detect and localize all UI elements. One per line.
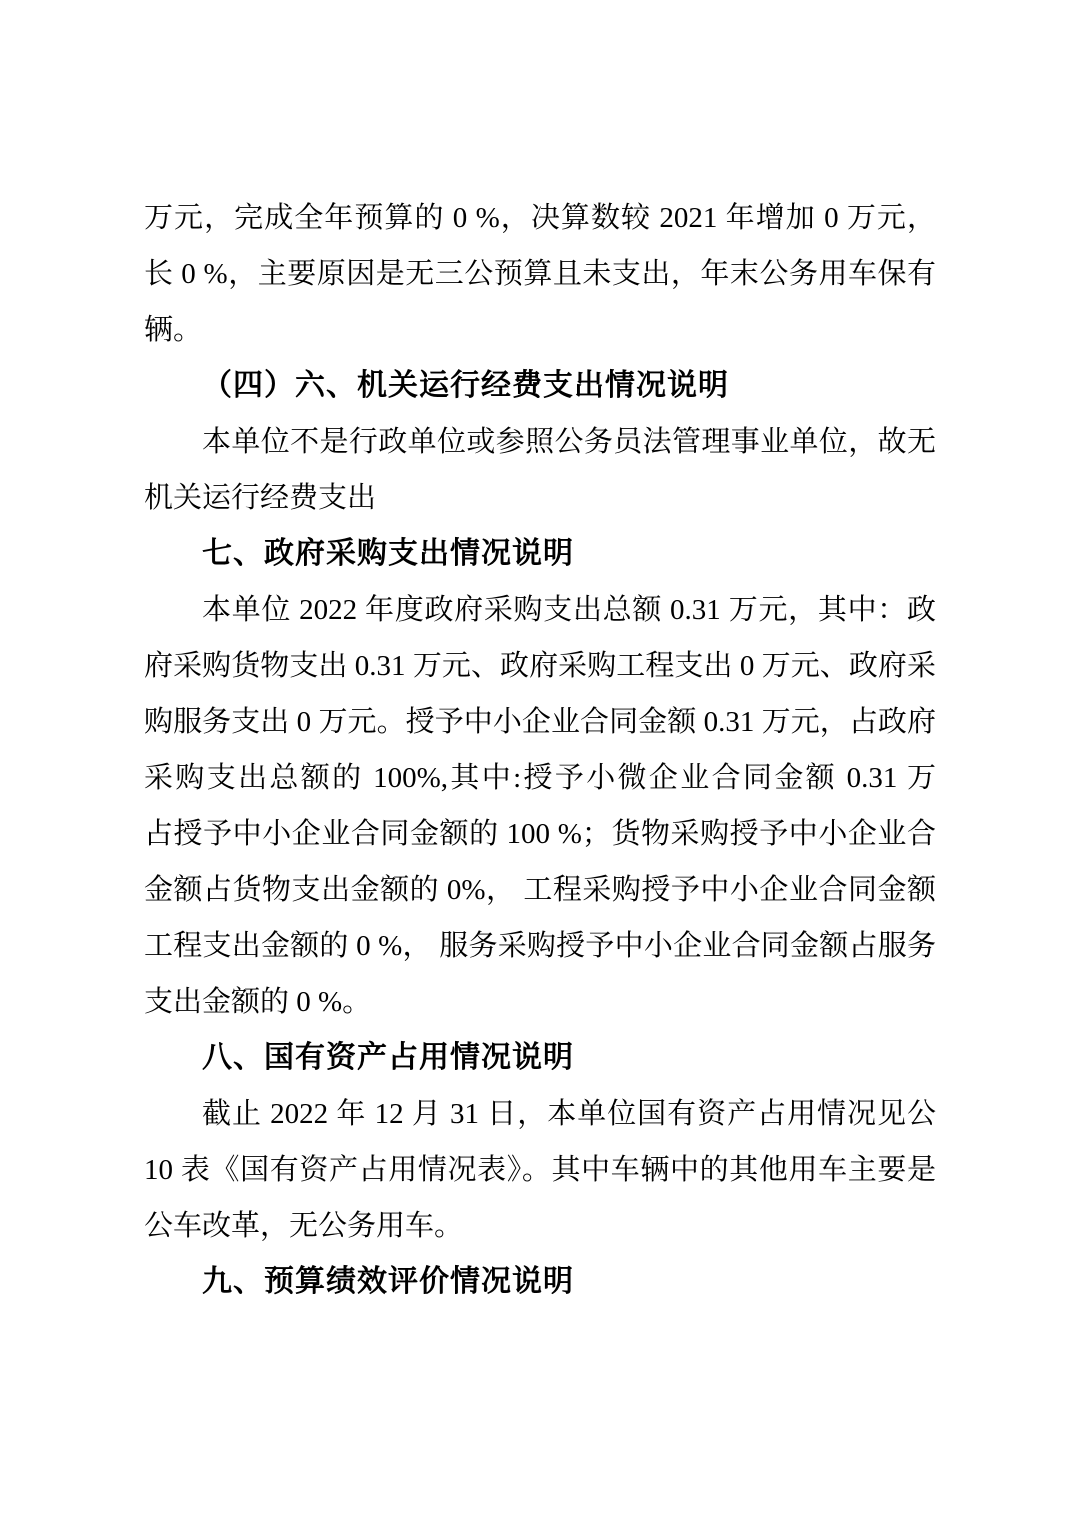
- body-text-line: 长 0 %，主要原因是无三公预算且未支出，年末公务用车保有 0: [144, 246, 936, 302]
- section-heading: 九、预算绩效评价情况说明: [144, 1254, 936, 1310]
- body-text-line: 占授予中小企业合同金额的 100 %；货物采购授予中小企业合同: [144, 806, 936, 862]
- body-text-line: 工程支出金额的 0 %， 服务采购授予中小企业合同金额占服务: [144, 918, 936, 974]
- section-heading: 七、政府采购支出情况说明: [144, 526, 936, 582]
- body-text-line: 机关运行经费支出: [144, 470, 936, 526]
- body-text-line: 公车改革，无公务用车。: [144, 1198, 936, 1254]
- body-text-line: 10 表《国有资产占用情况表》。其中车辆中的其他用车主要是: [144, 1142, 936, 1198]
- body-text-line: 万元，完成全年预算的 0 %，决算数较 2021 年增加 0 万元，增: [144, 190, 936, 246]
- section-heading: （四）六、机关运行经费支出情况说明: [144, 358, 936, 414]
- body-text-line: 辆。: [144, 302, 936, 358]
- body-text-line: 采购支出总额的 100%,其中:授予小微企业合同金额 0.31 万元，: [144, 750, 936, 806]
- document-body: 万元，完成全年预算的 0 %，决算数较 2021 年增加 0 万元，增长 0 %…: [144, 190, 936, 1310]
- body-text-line: 购服务支出 0 万元。授予中小企业合同金额 0.31 万元，占政府: [144, 694, 936, 750]
- body-text-line: 金额占货物支出金额的 0%， 工程采购授予中小企业合同金额占: [144, 862, 936, 918]
- body-text-line: 府采购货物支出 0.31 万元、政府采购工程支出 0 万元、政府采: [144, 638, 936, 694]
- body-text-line: 本单位 2022 年度政府采购支出总额 0.31 万元，其中：政: [144, 582, 936, 638]
- section-heading: 八、国有资产占用情况说明: [144, 1030, 936, 1086]
- document-page: 万元，完成全年预算的 0 %，决算数较 2021 年增加 0 万元，增长 0 %…: [0, 0, 1074, 1520]
- body-text-line: 本单位不是行政单位或参照公务员法管理事业单位，故无: [144, 414, 936, 470]
- body-text-line: 截止 2022 年 12 月 31 日，本单位国有资产占用情况见公开: [144, 1086, 936, 1142]
- body-text-line: 支出金额的 0 %。: [144, 974, 936, 1030]
